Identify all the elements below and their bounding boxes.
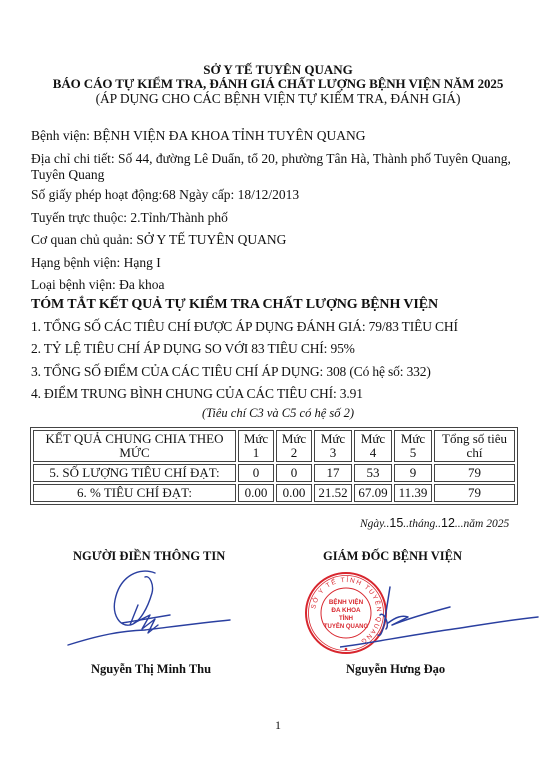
header-cell: Mức 2	[276, 430, 312, 462]
table-cell: 21.52	[314, 484, 352, 502]
summary-title: TÓM TẮT KẾT QUẢ TỰ KIỂM TRA CHẤT LƯỢNG B…	[31, 297, 438, 313]
header-cell: Mức 5	[394, 430, 432, 462]
table-row: 5. SỐ LƯỢNG TIÊU CHÍ ĐẠT: 0 0 17 53 9 79	[33, 464, 515, 482]
summary-item: 2. TỶ LỆ TIÊU CHÍ ÁP DỤNG SO VỚI 83 TIÊU…	[31, 341, 355, 357]
date-month-label: ..tháng..	[403, 518, 441, 530]
header-cell: KẾT QUẢ CHUNG CHIA THEO MỨC	[33, 430, 236, 462]
hospital-type: Loại bệnh viện: Đa khoa	[31, 277, 521, 293]
table-cell: 0.00	[238, 484, 274, 502]
results-table: KẾT QUẢ CHUNG CHIA THEO MỨC Mức 1 Mức 2 …	[30, 427, 518, 505]
table-cell: 0	[238, 464, 274, 482]
table-cell: 11.39	[394, 484, 432, 502]
date-month: 12	[441, 516, 455, 530]
hospital-name: Bệnh viện: BỆNH VIỆN ĐA KHOA TỈNH TUYÊN …	[31, 128, 521, 144]
table-cell: 79	[434, 464, 515, 482]
coefficient-note: (Tiêu chí C3 và C5 có hệ số 2)	[0, 406, 556, 421]
table-cell: 0	[276, 464, 312, 482]
header-cell: Mức 3	[314, 430, 352, 462]
governing-agency: Cơ quan chủ quản: SỞ Y TẾ TUYÊN QUANG	[31, 232, 521, 248]
table-cell: 17	[314, 464, 352, 482]
hospital-rank: Hạng bệnh viện: Hạng I	[31, 255, 521, 271]
signing-date: Ngày..15..tháng..12...năm 2025	[360, 516, 509, 530]
table-cell: 67.09	[354, 484, 392, 502]
operating-license: Số giấy phép hoạt động:68 Ngày cấp: 18/1…	[31, 187, 521, 203]
table-header-row: KẾT QUẢ CHUNG CHIA THEO MỨC Mức 1 Mức 2 …	[33, 430, 515, 462]
table-cell: 6. % TIÊU CHÍ ĐẠT:	[33, 484, 236, 502]
date-day: 15	[389, 516, 403, 530]
hospital-level: Tuyến trực thuộc: 2.Tỉnh/Thành phố	[31, 210, 521, 226]
report-title: BÁO CÁO TỰ KIỂM TRA, ĐÁNH GIÁ CHẤT LƯỢNG…	[0, 76, 556, 92]
table-cell: 53	[354, 464, 392, 482]
header-cell: Mức 1	[238, 430, 274, 462]
hospital-address: Địa chỉ chi tiết: Số 44, đường Lê Duẩn, …	[31, 151, 521, 183]
director-name: Nguyễn Hưng Đạo	[346, 662, 445, 677]
table-row: 6. % TIÊU CHÍ ĐẠT: 0.00 0.00 21.52 67.09…	[33, 484, 515, 502]
date-prefix: Ngày..	[360, 518, 389, 530]
preparer-title: NGƯỜI ĐIỀN THÔNG TIN	[73, 549, 225, 564]
page-number: 1	[0, 718, 556, 733]
document-page: SỞ Y TẾ TUYÊN QUANG BÁO CÁO TỰ KIỂM TRA,…	[0, 0, 556, 768]
date-year: ...năm 2025	[455, 518, 509, 530]
summary-item: 3. TỔNG SỐ ĐIỂM CỦA CÁC TIÊU CHÍ ÁP DỤNG…	[31, 364, 431, 380]
header-cell: Mức 4	[354, 430, 392, 462]
table-cell: 79	[434, 484, 515, 502]
table-cell: 0.00	[276, 484, 312, 502]
director-title: GIÁM ĐỐC BỆNH VIỆN	[323, 549, 462, 564]
preparer-name: Nguyễn Thị Minh Thu	[91, 662, 211, 677]
summary-item: 4. ĐIỂM TRUNG BÌNH CHUNG CỦA CÁC TIÊU CH…	[31, 386, 363, 402]
director-signature-icon	[340, 585, 540, 655]
table-cell: 5. SỐ LƯỢNG TIÊU CHÍ ĐẠT:	[33, 464, 236, 482]
header-cell: Tổng số tiêu chí	[434, 430, 515, 462]
table-cell: 9	[394, 464, 432, 482]
summary-item: 1. TỔNG SỐ CÁC TIÊU CHÍ ĐƯỢC ÁP DỤNG ĐÁN…	[31, 319, 458, 335]
preparer-signature-icon	[60, 565, 250, 650]
report-subtitle: (ÁP DỤNG CHO CÁC BỆNH VIỆN TỰ KIỂM TRA, …	[0, 91, 556, 107]
